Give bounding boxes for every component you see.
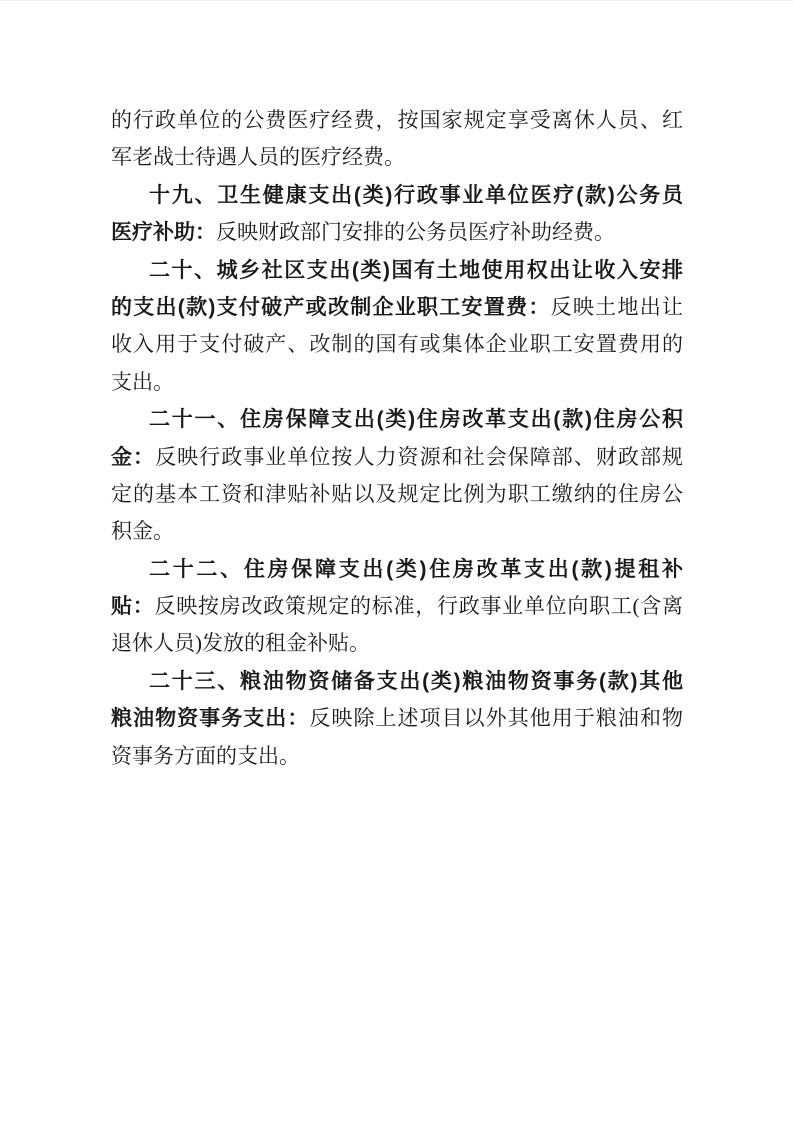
line-bold-text: 金：	[111, 446, 155, 469]
line-regular-text: 收入用于支付破产、改制的国有或集体企业职工安置费用的	[111, 332, 683, 356]
line-bold-text: 十九、卫生健康支出(类)行政事业单位医疗(款)公务员	[149, 184, 683, 207]
document-line-heading-19: 十九、卫生健康支出(类)行政事业单位医疗(款)公务员	[111, 177, 683, 214]
line-regular-text: 军老战士待遇人员的医疗经费。	[111, 145, 405, 169]
document-page: 的行政单位的公费医疗经费，按国家规定享受离休人员、红 军老战士待遇人员的医疗经费…	[111, 102, 683, 775]
document-line: 积金。	[111, 513, 683, 550]
line-regular-text: 资事务方面的支出。	[111, 744, 300, 768]
document-line: 医疗补助：反映财政部门安排的公务员医疗补助经费。	[111, 214, 683, 251]
line-regular-text: 反映除上述项目以外其他用于粮油和物	[309, 706, 683, 730]
document-line: 收入用于支付破产、改制的国有或集体企业职工安置费用的	[111, 326, 683, 363]
line-bold-text: 粮油物资事务支出：	[111, 707, 309, 730]
document-line-heading-22: 二十二、住房保障支出(类)住房改革支出(款)提租补	[111, 551, 683, 588]
line-bold-text: 二十三、粮油物资储备支出(类)粮油物资事务(款)其他	[149, 670, 683, 693]
line-regular-text: 支出。	[111, 370, 174, 394]
line-bold-text: 二十一、住房保障支出(类)住房改革支出(款)住房公积	[149, 408, 683, 431]
line-regular-text: 反映财政部门安排的公务员医疗补助经费。	[216, 220, 615, 244]
document-line: 粮油物资事务支出：反映除上述项目以外其他用于粮油和物	[111, 700, 683, 737]
document-line-heading-21: 二十一、住房保障支出(类)住房改革支出(款)住房公积	[111, 401, 683, 438]
document-line: 军老战士待遇人员的医疗经费。	[111, 139, 683, 176]
line-regular-text: 反映按房改政策规定的标准，行政事业单位向职工(含离	[154, 594, 683, 618]
document-line: 的支出(款)支付破产或改制企业职工安置费：反映土地出让	[111, 289, 683, 326]
line-bold-text: 二十二、住房保障支出(类)住房改革支出(款)提租补	[149, 558, 683, 581]
document-line-heading-23: 二十三、粮油物资储备支出(类)粮油物资事务(款)其他	[111, 663, 683, 700]
line-regular-text: 退休人员)发放的租金补贴。	[111, 631, 370, 655]
document-line: 资事务方面的支出。	[111, 738, 683, 775]
line-regular-text: 反映行政事业单位按人力资源和社会保障部、财政部规	[155, 445, 683, 469]
line-regular-text: 定的基本工资和津贴补贴以及规定比例为职工缴纳的住房公	[111, 482, 683, 506]
document-line-heading-20: 二十、城乡社区支出(类)国有土地使用权出让收入安排	[111, 252, 683, 289]
line-bold-text: 的支出(款)支付破产或改制企业职工安置费：	[111, 296, 551, 319]
line-regular-text: 的行政单位的公费医疗经费，按国家规定享受离休人员、红	[111, 108, 683, 132]
line-regular-text: 积金。	[111, 519, 174, 543]
document-line: 退休人员)发放的租金补贴。	[111, 625, 683, 662]
document-line: 的行政单位的公费医疗经费，按国家规定享受离休人员、红	[111, 102, 683, 139]
document-line: 贴：反映按房改政策规定的标准，行政事业单位向职工(含离	[111, 588, 683, 625]
document-line: 金：反映行政事业单位按人力资源和社会保障部、财政部规	[111, 439, 683, 476]
line-regular-text: 反映土地出让	[551, 295, 683, 319]
line-bold-text: 贴：	[111, 595, 154, 618]
line-bold-text: 医疗补助：	[111, 221, 216, 244]
document-line: 支出。	[111, 364, 683, 401]
document-line: 定的基本工资和津贴补贴以及规定比例为职工缴纳的住房公	[111, 476, 683, 513]
line-bold-text: 二十、城乡社区支出(类)国有土地使用权出让收入安排	[149, 259, 683, 282]
